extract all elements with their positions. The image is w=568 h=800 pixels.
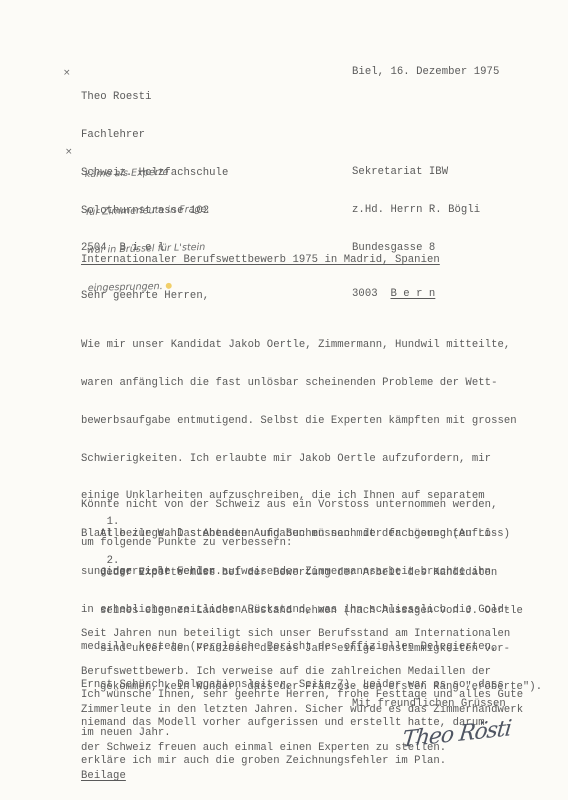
recipient-postcode: 3003 xyxy=(352,288,378,300)
recipient-address: Sekretariat IBW z.Hd. Herrn R. Bögli Bun… xyxy=(352,141,480,325)
paragraph-4: Ich wünsche Ihnen, sehr geehrte Herren, … xyxy=(81,664,561,765)
letter-page: × Theo Roesti Fachlehrer Schweiz. Holzfa… xyxy=(0,0,568,800)
sender-name: Theo Roesti xyxy=(81,91,228,104)
cross-mark-icon: × xyxy=(63,68,71,78)
text-line: Wie mir unser Kandidat Jakob Oertle, Zim… xyxy=(81,339,561,352)
note-line: für Zimmerleute in Frage, xyxy=(86,204,210,220)
text-line: waren anfänglich die fast unlösbar schei… xyxy=(81,377,561,390)
text-line: Schwierigkeiten. Ich erlaubte mir Jakob … xyxy=(81,453,561,466)
recipient-street: Bundesgasse 8 xyxy=(352,242,480,255)
cross-mark-icon: × xyxy=(65,147,73,157)
salutation: Sehr geehrte Herren, xyxy=(81,290,209,303)
text-line: bewerbsaufgabe entmutigend. Selbst die E… xyxy=(81,415,561,428)
text-line: Seit Jahren nun beteiligt sich unser Ber… xyxy=(81,628,561,641)
yellow-dot-icon xyxy=(166,282,172,288)
enclosure-label: Beilage xyxy=(81,770,126,783)
recipient-attention: z.Hd. Herrn R. Bögli xyxy=(352,204,480,217)
note-line: käme als Experte xyxy=(85,166,209,182)
text-line: Alle zur Wahl stehenden Aufgaben müssen … xyxy=(100,528,510,541)
recipient-city: B e r n xyxy=(390,288,435,300)
subject-line: Internationaler Berufswettbewerb 1975 in… xyxy=(81,254,440,267)
text-line: Jeder Experte muss bei der Bewertung der… xyxy=(100,567,542,580)
sender-title: Fachlehrer xyxy=(81,129,228,142)
date-line: Biel, 16. Dezember 1975 xyxy=(352,66,499,79)
closing: Mit freundlichen Grüssen xyxy=(352,698,506,711)
recipient-org: Sekretariat IBW xyxy=(352,166,480,179)
